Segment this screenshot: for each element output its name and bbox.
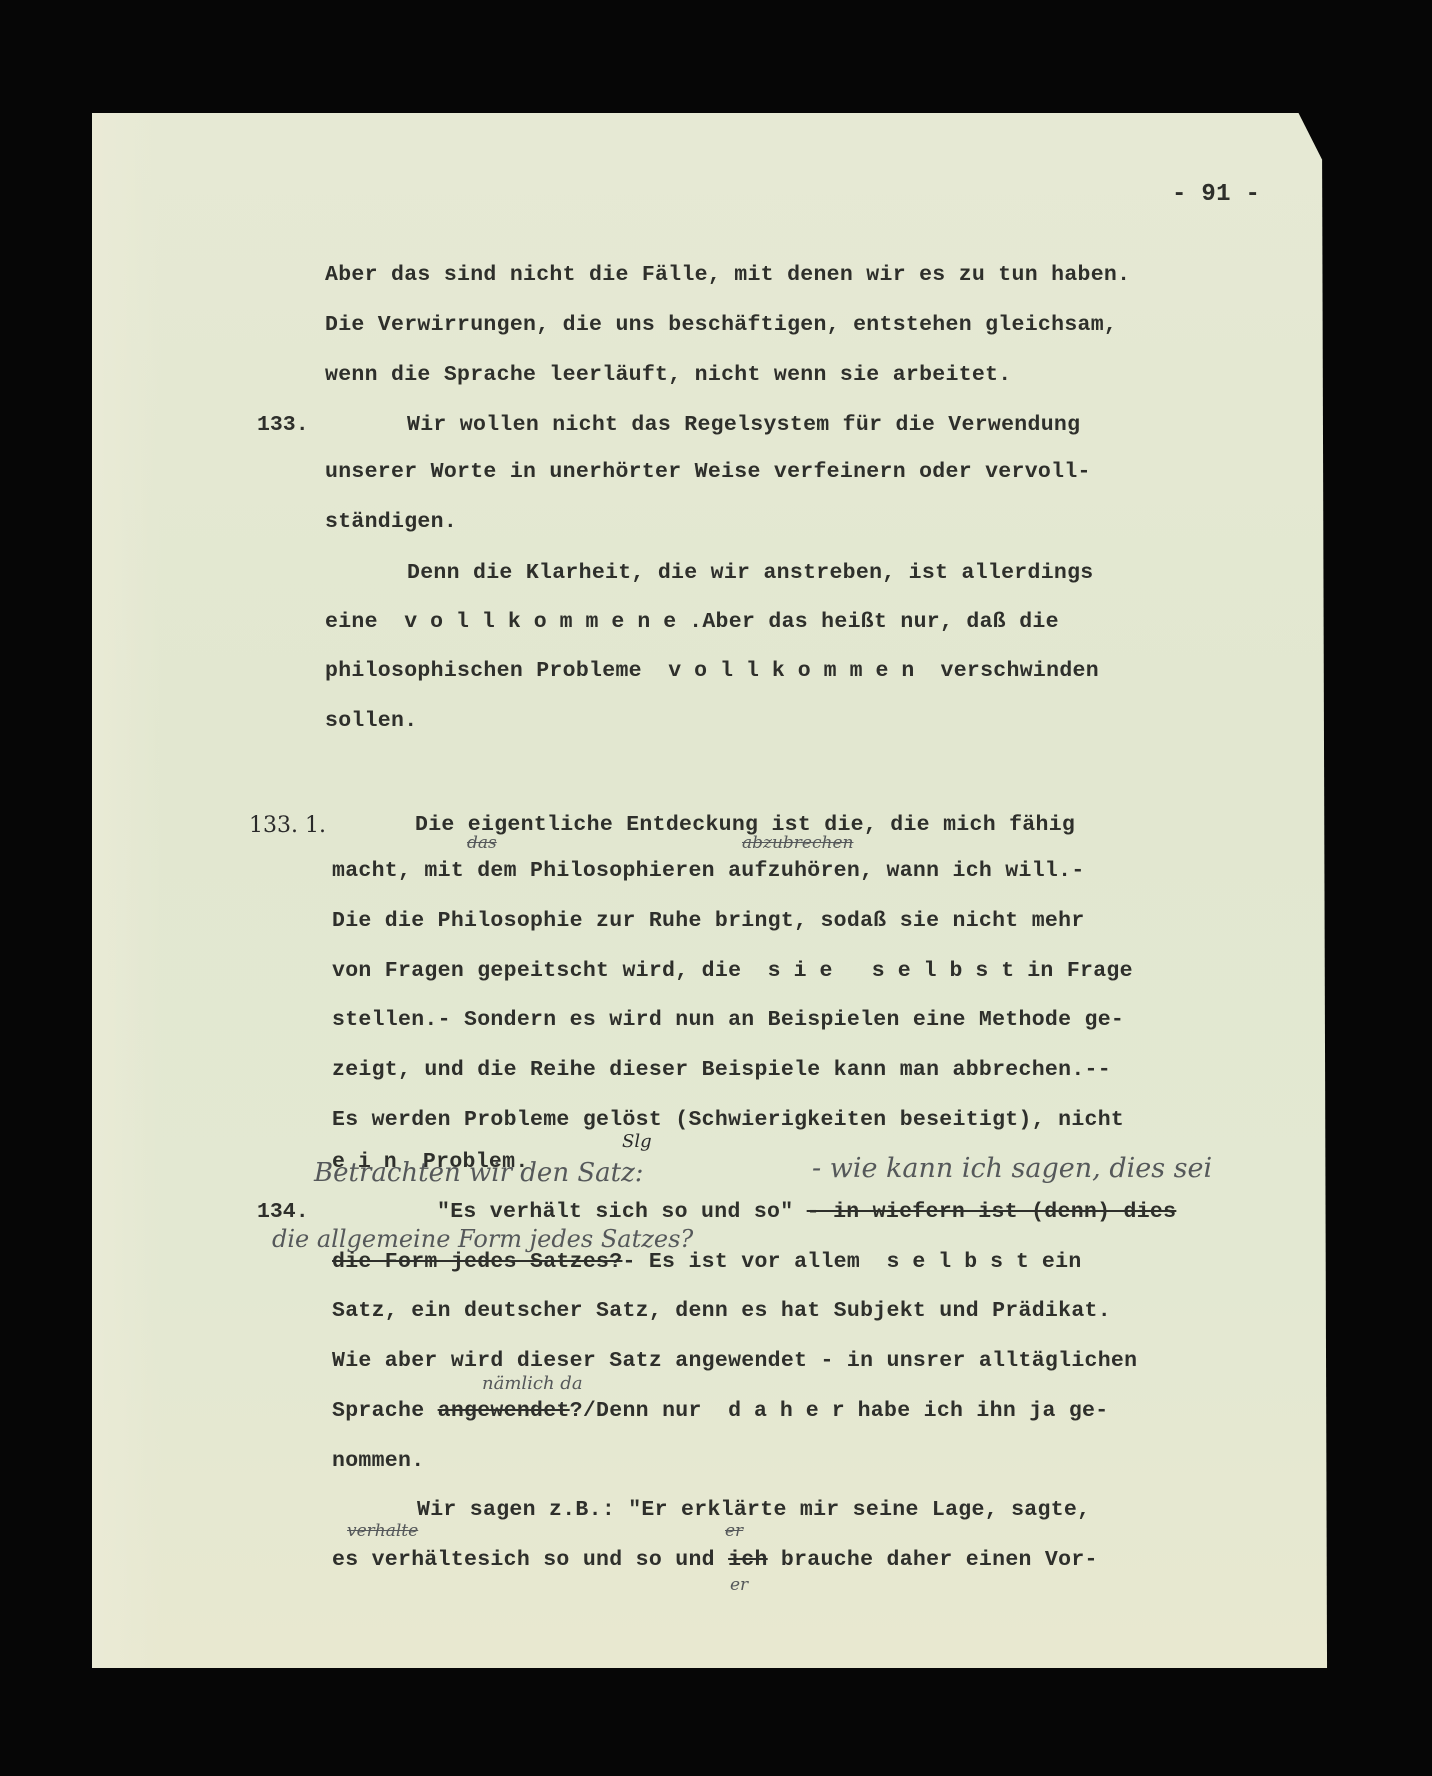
text-line: Aber das sind nicht die Fälle, mit denen… <box>325 263 1130 287</box>
text-line: es verhältesich so und so und ich brauch… <box>332 1548 1098 1572</box>
text-line: Es werden Probleme gelöst (Schwierigkeit… <box>332 1108 1124 1132</box>
text-line: eine vollkommene.Aber das heißt nur, daß… <box>325 610 1059 634</box>
struck-text: angewendet <box>438 1399 570 1423</box>
text-span: brauche daher einen Vor- <box>781 1548 1098 1572</box>
text-span: verschwinden <box>941 659 1099 683</box>
text-span: Sprache <box>332 1399 424 1423</box>
handwritten-insertion: - wie kann ich sagen, dies sei <box>812 1153 1212 1184</box>
spaced-emphasis: daher <box>728 1399 858 1423</box>
text-span: .Aber das heißt nur, daß die <box>689 610 1059 634</box>
handwritten-annotation: er <box>725 1521 743 1541</box>
text-span: eine <box>325 610 378 634</box>
spaced-emphasis: vollkommene <box>404 610 689 634</box>
text-line: macht, mit dem Philosophieren aufzuhören… <box>332 859 1085 883</box>
page-number: - 91 - <box>1172 181 1260 208</box>
struck-text: die Form jedes Satzes? <box>332 1250 622 1274</box>
text-line: wenn die Sprache leerläuft, nicht wenn s… <box>325 363 1012 387</box>
text-span: philosophischen Probleme <box>325 659 642 683</box>
text-span: von Fragen gepeitscht wird, die <box>332 959 741 983</box>
section-number-134: 134. <box>257 1200 309 1224</box>
spaced-emphasis: selbst <box>872 959 1027 983</box>
text-span: ?/Denn nur <box>570 1399 702 1423</box>
text-line: Satz, ein deutscher Satz, denn es hat Su… <box>332 1299 1111 1323</box>
text-line: zeigt, und die Reihe dieser Beispiele ka… <box>332 1058 1111 1082</box>
text-line: nommen. <box>332 1449 424 1473</box>
struck-text: ich <box>728 1548 768 1572</box>
text-line: unserer Worte in unerhörter Weise verfei… <box>325 460 1091 484</box>
text-line: Wir wollen nicht das Regelsystem für die… <box>407 413 1080 437</box>
handwritten-annotation: das <box>467 833 497 853</box>
text-line: Denn die Klarheit, die wir anstreben, is… <box>407 561 1094 585</box>
handwritten-insertion: Betrachten wir den Satz: <box>314 1158 644 1188</box>
spaced-emphasis: vollkommen <box>668 659 927 683</box>
spaced-emphasis: selbst <box>887 1250 1042 1274</box>
text-span: ein <box>1042 1250 1082 1274</box>
text-line: philosophischen Probleme vollkommen vers… <box>325 659 1099 683</box>
handwritten-annotation: Slg <box>622 1131 652 1152</box>
text-line: die Form jedes Satzes?- Es ist vor allem… <box>332 1250 1082 1274</box>
handwritten-annotation: er <box>730 1575 748 1595</box>
handwritten-section-number: 133. 1. <box>249 813 326 838</box>
text-line: Die Verwirrungen, die uns beschäftigen, … <box>325 313 1117 337</box>
text-span: habe ich ihn ja ge- <box>858 1399 1109 1423</box>
text-line: ständigen. <box>325 510 457 534</box>
text-line: Wir sagen z.B.: "Er erklärte mir seine L… <box>417 1498 1090 1522</box>
handwritten-annotation: nämlich da <box>482 1373 583 1394</box>
text-span: es verhältesich so und so und <box>332 1548 715 1572</box>
text-line: Wie aber wird dieser Satz angewendet - i… <box>332 1349 1137 1373</box>
section-number-133: 133. <box>257 413 309 437</box>
text-span: "Es verhält sich so und so" <box>437 1200 793 1224</box>
text-line: Sprache angewendet?/Denn nur daherhabe i… <box>332 1399 1108 1423</box>
text-span: in Frage <box>1027 959 1133 983</box>
typescript-page: - 91 - Aber das sind nicht die Fälle, mi… <box>92 113 1332 1668</box>
struck-text: - in wiefern ist (denn) dies <box>807 1200 1177 1224</box>
handwritten-insertion: die allgemeine Form jedes Satzes? <box>272 1225 693 1253</box>
handwritten-annotation: verhalte <box>347 1521 418 1541</box>
text-line: sollen. <box>325 709 417 733</box>
text-line: Die die Philosophie zur Ruhe bringt, sod… <box>332 909 1085 933</box>
text-line: von Fragen gepeitscht wird, die sie selb… <box>332 959 1133 983</box>
spaced-emphasis: sie <box>768 959 846 983</box>
handwritten-annotation: abzubrechen <box>742 833 853 853</box>
text-span: - Es ist vor allem <box>622 1250 860 1274</box>
text-line: stellen.- Sondern es wird nun an Beispie… <box>332 1008 1124 1032</box>
text-line: "Es verhält sich so und so" - in wiefern… <box>437 1200 1176 1224</box>
